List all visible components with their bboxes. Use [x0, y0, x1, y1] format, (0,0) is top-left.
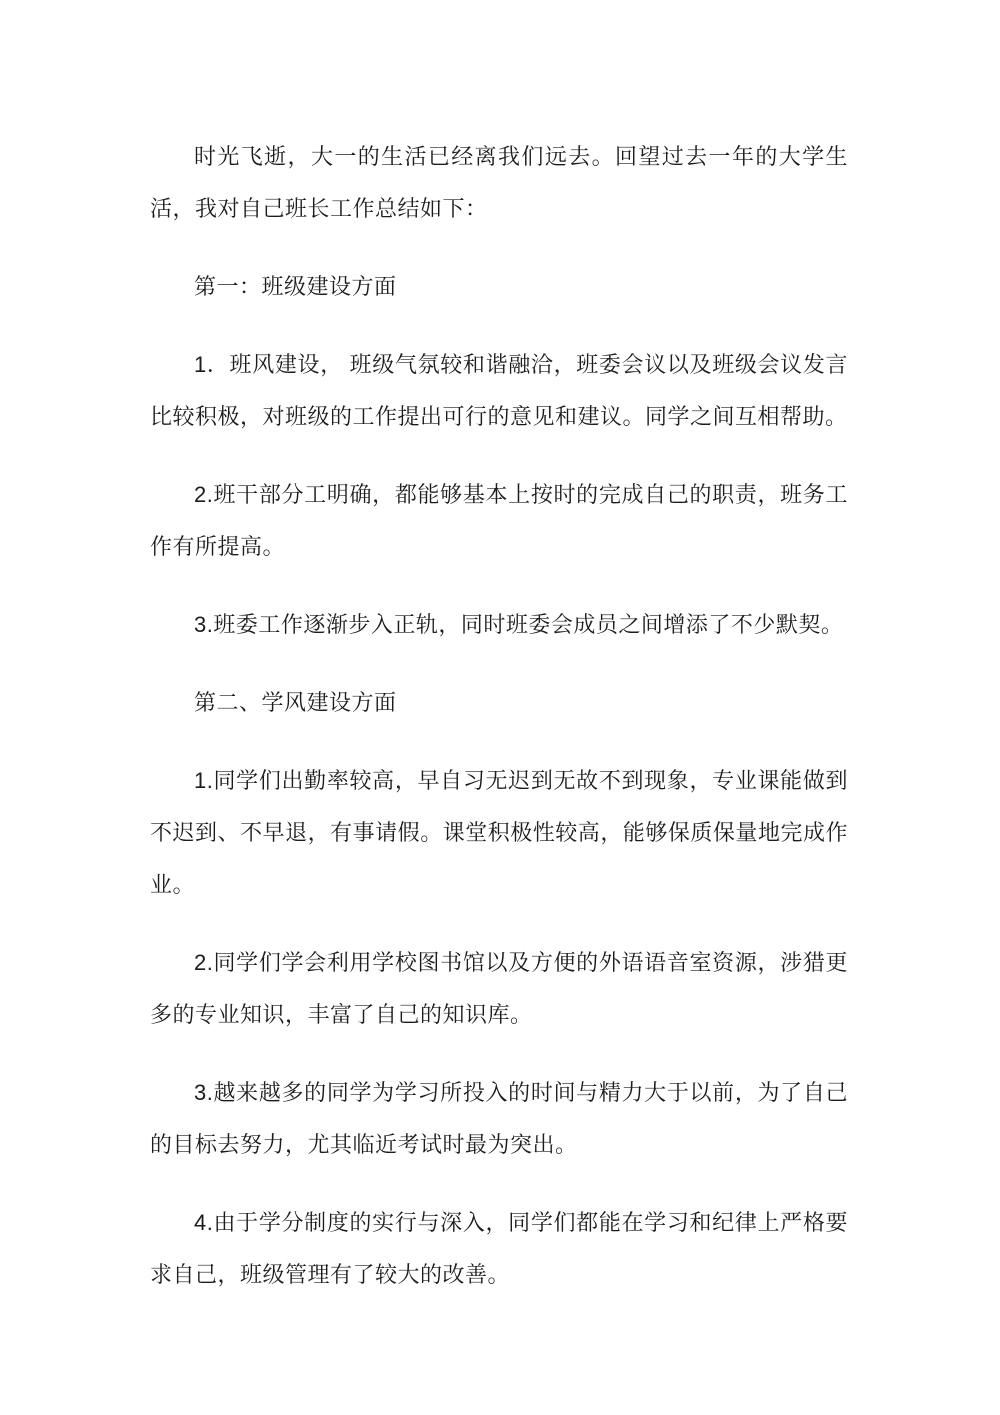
document-page: 时光飞逝，大一的生活已经离我们远去。回望过去一年的大学生活，我对自己班长工作总结…	[0, 0, 1000, 1415]
paragraph: 1.同学们出勤率较高，早自习无迟到无故不到现象，专业课能做到不迟到、不早退，有事…	[150, 755, 848, 911]
paragraph: 1．班风建设， 班级气氛较和谐融洽，班委会议以及班级会议发言比较积极，对班级的工…	[150, 339, 848, 443]
paragraph: 2.班干部分工明确，都能够基本上按时的完成自己的职责，班务工作有所提高。	[150, 469, 848, 573]
section-heading-1: 第一：班级建设方面	[150, 261, 848, 313]
intro-paragraph: 时光飞逝，大一的生活已经离我们远去。回望过去一年的大学生活，我对自己班长工作总结…	[150, 131, 848, 235]
paragraph: 3.班委工作逐渐步入正轨，同时班委会成员之间增添了不少默契。	[150, 599, 848, 651]
paragraph: 2.同学们学会利用学校图书馆以及方便的外语语音室资源，涉猎更多的专业知识，丰富了…	[150, 937, 848, 1041]
paragraph: 4.由于学分制度的实行与深入，同学们都能在学习和纪律上严格要求自己，班级管理有了…	[150, 1197, 848, 1301]
section-heading-2: 第二、学风建设方面	[150, 677, 848, 729]
document-body: 时光飞逝，大一的生活已经离我们远去。回望过去一年的大学生活，我对自己班长工作总结…	[150, 131, 848, 1301]
paragraph: 3.越来越多的同学为学习所投入的时间与精力大于以前，为了自己的目标去努力，尤其临…	[150, 1067, 848, 1171]
